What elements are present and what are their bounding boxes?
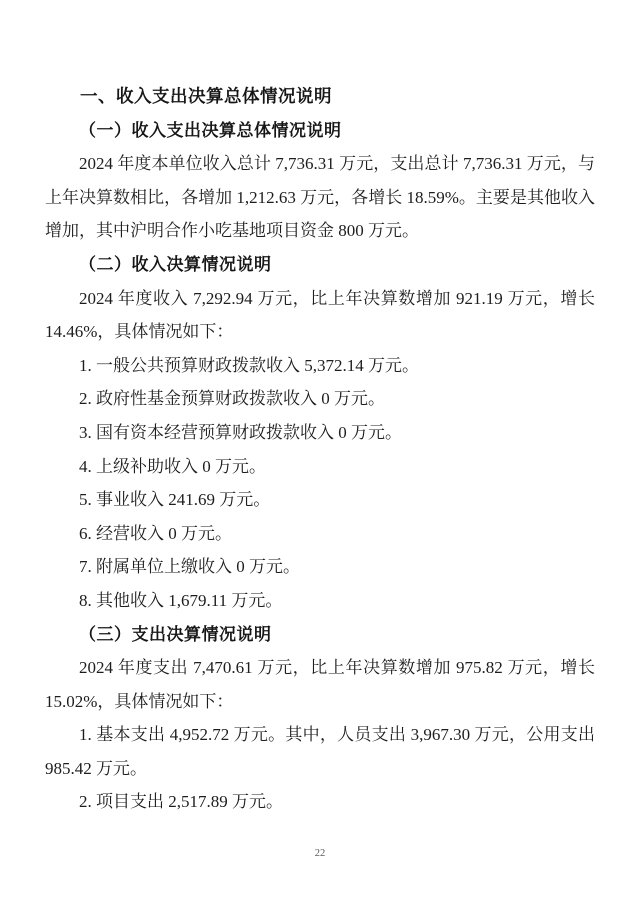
list-item-income-6: 6. 经营收入 0 万元。 (45, 517, 595, 551)
list-item-income-5: 5. 事业收入 241.69 万元。 (45, 483, 595, 517)
list-item-income-2: 2. 政府性基金预算财政拨款收入 0 万元。 (45, 382, 595, 416)
paragraph-income-summary: 2024 年度收入 7,292.94 万元，比上年决算数增加 921.19 万元… (45, 282, 595, 349)
paragraph-overall-summary: 2024 年度本单位收入总计 7,736.31 万元，支出总计 7,736.31… (45, 147, 595, 248)
list-item-income-8: 8. 其他收入 1,679.11 万元。 (45, 584, 595, 618)
list-item-income-3: 3. 国有资本经营预算财政拨款收入 0 万元。 (45, 416, 595, 450)
document-page: { "page": { "background_color": "#ffffff… (0, 0, 640, 905)
subsection-heading-overall: （一）收入支出决算总体情况说明 (45, 114, 595, 148)
list-item-income-4: 4. 上级补助收入 0 万元。 (45, 450, 595, 484)
subsection-heading-income: （二）收入决算情况说明 (45, 248, 595, 282)
list-item-expenditure-1: 1. 基本支出 4,952.72 万元。其中，人员支出 3,967.30 万元，… (45, 718, 595, 785)
list-item-income-1: 1. 一般公共预算财政拨款收入 5,372.14 万元。 (45, 349, 595, 383)
document-body: 一、收入支出决算总体情况说明 （一）收入支出决算总体情况说明 2024 年度本单… (45, 80, 595, 819)
section-heading: 一、收入支出决算总体情况说明 (45, 80, 595, 114)
paragraph-expenditure-summary: 2024 年度支出 7,470.61 万元，比上年决算数增加 975.82 万元… (45, 651, 595, 718)
list-item-income-7: 7. 附属单位上缴收入 0 万元。 (45, 550, 595, 584)
page-number: 22 (0, 848, 640, 859)
subsection-heading-expenditure: （三）支出决算情况说明 (45, 618, 595, 652)
list-item-expenditure-2: 2. 项目支出 2,517.89 万元。 (45, 785, 595, 819)
